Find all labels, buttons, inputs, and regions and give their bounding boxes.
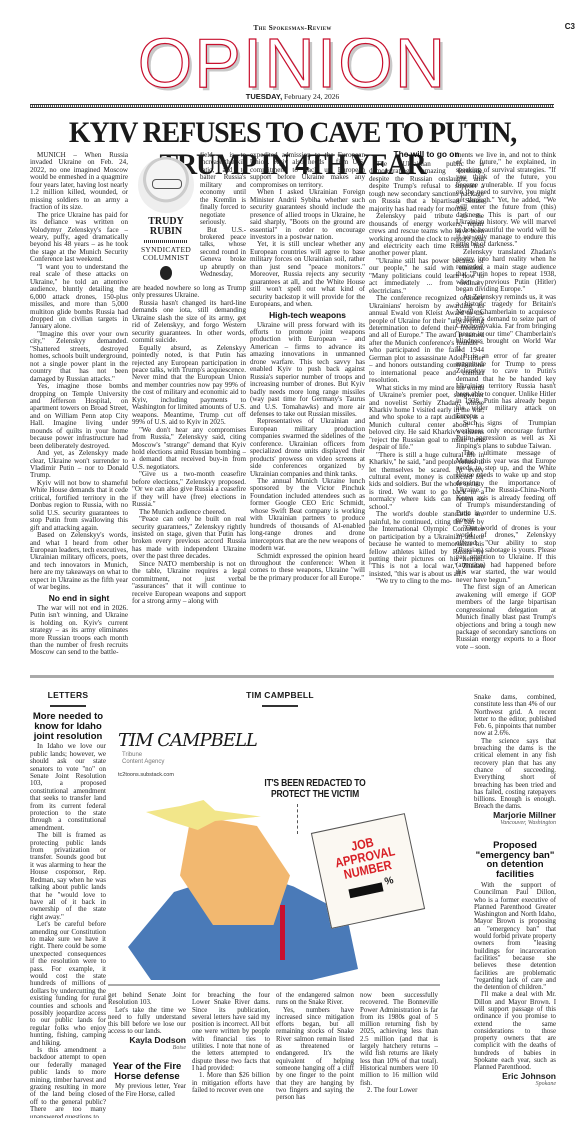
paragraph: And yet, as Zelenskyy made clear, Ukrain… — [30, 450, 128, 480]
paragraph: As Zelenskyy reminds us, it was a histor… — [456, 294, 556, 354]
paragraph: now been successfully recovered. The Bon… — [360, 992, 438, 1087]
columnist-role: COLUMNIST — [132, 254, 200, 262]
paragraph: of the endangered salmon runs on the Sna… — [276, 992, 354, 1007]
paragraph: "Peace can only be built on real securit… — [132, 516, 246, 561]
paragraph: With the support of Councilman Paul Dill… — [474, 882, 556, 991]
paragraph: "Imagine this over your own city," Zelen… — [30, 331, 128, 383]
paragraph: Yes, imagine those bombs dropping on Tem… — [30, 383, 128, 450]
letter-author: Marjorie Millner — [474, 811, 556, 820]
syndicate-credit: TribuneContent Agency — [122, 752, 164, 765]
paragraph: The war will not end in 2026. Putin isn'… — [30, 605, 128, 657]
article-column-5: ments we live in, and not to think of th… — [456, 152, 556, 667]
paragraph: The ultimate message of Munich this year… — [456, 450, 556, 525]
date: February 24, 2026 — [284, 92, 339, 101]
letter-headline: Year of the Fire Horse defense — [108, 1062, 186, 1082]
paragraph: Kyiv will not bow to shameful White Hous… — [30, 480, 128, 532]
paragraph: The first sign of an American awakening … — [456, 584, 556, 651]
letter-column-5: now been successfully recovered. The Bon… — [360, 992, 438, 1120]
cartoonist-label: TIM CAMPBELL — [220, 690, 340, 707]
paragraph: My previous letter, Year of the Fire Hor… — [108, 1083, 186, 1098]
paragraph: for breaching the four Lower Snake River… — [192, 992, 270, 1072]
letter-location: Vancouver, Washington — [474, 820, 556, 827]
section-divider — [30, 675, 554, 678]
wavy-divider — [30, 104, 554, 108]
paragraph: Snake dams, combined, constitute less th… — [474, 694, 556, 738]
speech-caption: IT'S BEEN REDACTED TO PROTECT THE VICTIM — [260, 778, 371, 800]
letter-column-6: Snake dams, combined, constitute less th… — [474, 694, 556, 1114]
paragraph: ments we live in, and not to think of th… — [456, 152, 556, 249]
paragraph: Is this amendment a backdoor attempt to … — [30, 1047, 106, 1118]
approval-sign: JOB APPROVAL NUMBER % — [311, 813, 425, 929]
tie-figure — [280, 905, 285, 960]
paragraph: In Idaho we love our public lands; howev… — [30, 743, 106, 832]
letter-column-3: for breaching the four Lower Snake River… — [192, 992, 270, 1120]
paragraph: It is an error of far greater magnitude … — [456, 353, 556, 420]
article-column-1: MUNICH – When Russia invaded Ukraine on … — [30, 152, 128, 667]
paragraph: Schmidt expressed the opinion heard thro… — [250, 553, 365, 583]
letter-author: Kayla Dodson — [108, 1036, 186, 1045]
paragraph: Ukraine will press forward with its effo… — [250, 322, 365, 419]
paragraph: Yes, numbers have increased since mitiga… — [276, 1007, 354, 1102]
letter-headline: More needed to know for Idaho joint reso… — [30, 712, 106, 741]
section-title: OPINION — [0, 28, 585, 98]
paragraph: When I asked Ukrainian Foreign Minister … — [250, 189, 365, 241]
columnist-portrait — [138, 157, 194, 213]
letter-column-2: get behind Senate Joint Resolution 103. … — [108, 992, 186, 1120]
paragraph: "We don't hear any compromises from Russ… — [132, 427, 246, 472]
masthead: The Spokesman-Review C3 OPINION TUESDAY,… — [0, 0, 585, 108]
paragraph: Based on Zelenskyy's words, and what I h… — [30, 532, 128, 592]
paragraph: Equally absurd, as Zelenskyy pointedly n… — [132, 345, 246, 427]
redacted-bar — [349, 883, 384, 899]
paragraph: "Our world of drones is your world of dr… — [456, 525, 556, 585]
letter-column-1: More needed to know for Idaho joint reso… — [30, 708, 106, 1118]
paragraph: Yet, it is still unclear whether any Eur… — [250, 241, 365, 308]
paragraph: "I want you to understand the real scale… — [30, 264, 128, 331]
speech-tail — [297, 804, 298, 834]
paragraph: The price Ukraine has paid for its defia… — [30, 212, 128, 264]
article-column-2: are headed nowhere so long as Trump only… — [132, 285, 246, 667]
paragraph: The annual Munich Ukraine lunch sponsore… — [250, 478, 365, 553]
paragraph: are headed nowhere so long as Trump only… — [132, 285, 246, 300]
paragraph: But U.S.-brokered peace talks, whose sec… — [200, 227, 246, 279]
paragraph: expedited admission to the European Unio… — [250, 152, 365, 189]
columnist-last-name: RUBIN — [132, 227, 200, 237]
article-column-3: expedited admission to the European Unio… — [250, 152, 365, 667]
paragraph: I'll make a deal with Mr. Dillon and May… — [474, 991, 556, 1071]
letters-label: LETTERS — [30, 690, 106, 707]
cartoonist-signature: TIM CAMPBELL — [118, 730, 257, 751]
paragraph: get behind Senate Joint Resolution 103. — [108, 992, 186, 1007]
dateline: TUESDAY, February 24, 2026 — [0, 92, 585, 101]
paragraph: Since NATO membership is not on the tabl… — [132, 561, 246, 606]
paragraph: "Give us a two-month ceasefire before el… — [132, 471, 246, 508]
letter-location: Spokane — [474, 1081, 556, 1088]
subhead: High-tech weapons — [250, 311, 365, 320]
paragraph: Representatives of Ukrainian and Europea… — [250, 418, 365, 478]
day: TUESDAY, — [246, 92, 282, 101]
paragraph: Russia hasn't changed its hard-line dema… — [132, 300, 246, 345]
paragraph: field – is to increase that kill ratio, … — [200, 152, 246, 227]
credit-line: Content Agency — [122, 759, 164, 766]
paragraph: Let's be careful before amending our Con… — [30, 921, 106, 1047]
subhead: No end in sight — [30, 594, 128, 603]
paragraph: Let's take the time we need to fully und… — [108, 1007, 186, 1036]
article-column-2-top: field – is to increase that kill ratio, … — [200, 152, 246, 282]
paragraph: 2. The four Lower — [360, 1087, 438, 1094]
paragraph: Such signs of Trumpian weakness only enc… — [456, 420, 556, 450]
letter-column-4: of the endangered salmon runs on the Sna… — [276, 992, 354, 1120]
columnist-block: TRUDY RUBIN SYNDICATED COLUMNIST — [132, 155, 200, 280]
editorial-cartoon: TIM CAMPBELL TribuneContent Agency tc2to… — [108, 720, 440, 988]
wavy-rule — [144, 240, 188, 243]
paragraph: The bill is framed as protecting public … — [30, 832, 106, 921]
paragraph: Zelenskyy translated Zhadan's poetry int… — [456, 249, 556, 294]
percent-sign: % — [384, 875, 395, 888]
paragraph: MUNICH – When Russia invaded Ukraine on … — [30, 152, 128, 212]
letter-author: Eric Johnson — [474, 1072, 556, 1081]
paragraph: The science says that breaching the dams… — [474, 738, 556, 811]
cartoon-divider — [108, 984, 440, 986]
letter-location: Boise — [108, 1045, 186, 1052]
paragraph: 1. More than $26 billion in mitigation e… — [192, 1072, 270, 1094]
letter-headline: Proposed "emergency ban" on detention fa… — [474, 841, 556, 880]
credit-url: tc2toons.substack.com — [118, 772, 174, 778]
emblem-icon — [160, 266, 172, 280]
